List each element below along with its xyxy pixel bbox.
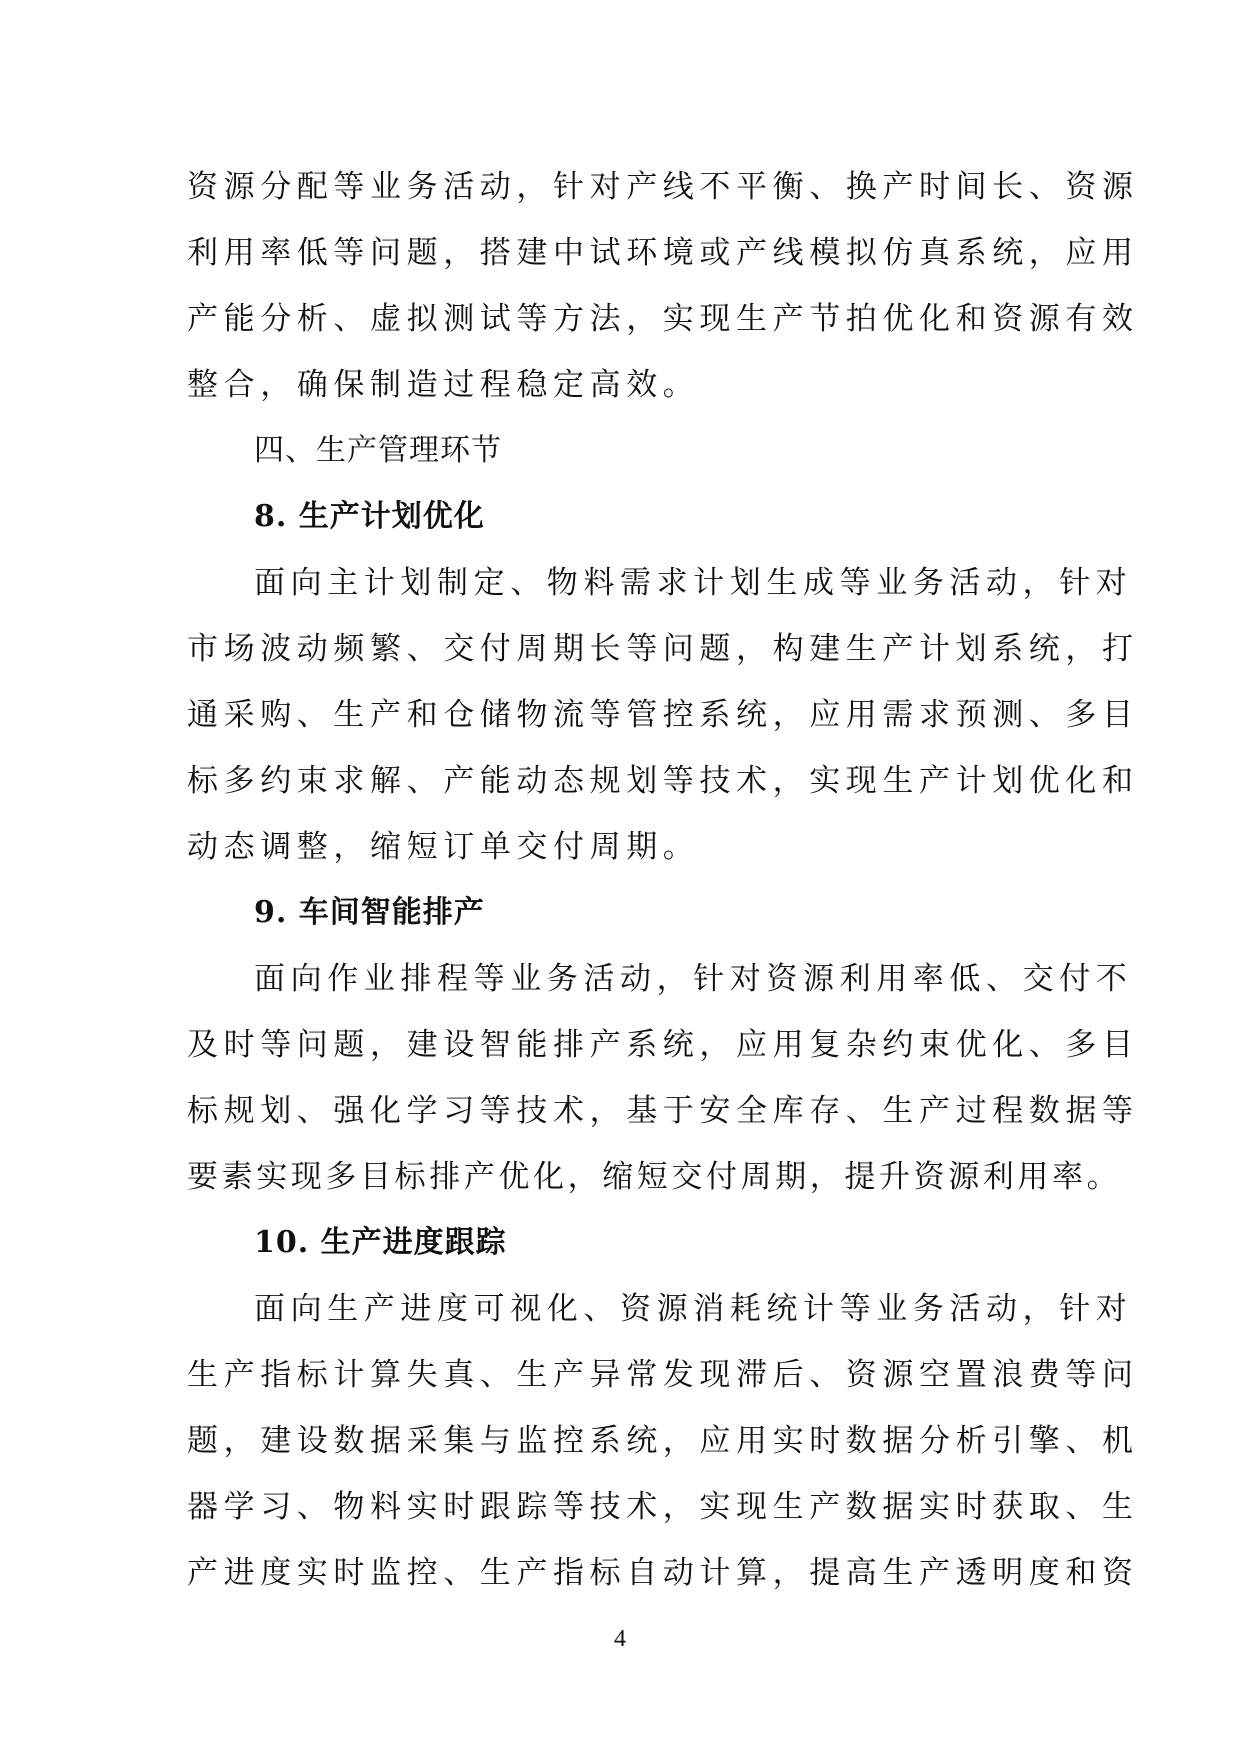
- paragraph-line: 利用率低等问题，搭建中试环境或产线模拟仿真系统，应用: [187, 233, 1057, 273]
- paragraph-line: 标多约束求解、产能动态规划等技术，实现生产计划优化和: [187, 761, 1057, 801]
- document-page: 资源分配等业务活动，针对产线不平衡、换产时间长、资源 利用率低等问题，搭建中试环…: [0, 0, 1240, 1753]
- paragraph-line: 标规划、强化学习等技术，基于安全库存、生产过程数据等: [187, 1091, 1057, 1131]
- paragraph-line: 市场波动频繁、交付周期长等问题，构建生产计划系统，打: [187, 629, 1057, 669]
- paragraph-line: 生产指标计算失真、生产异常发现滞后、资源空置浪费等问: [187, 1355, 1057, 1395]
- paragraph-line: 要素实现多目标排产优化，缩短交付周期，提升资源利用率。: [187, 1157, 1057, 1197]
- subheading-progress-tracking: 10. 生产进度跟踪: [254, 1223, 1124, 1263]
- section-heading: 四、生产管理环节: [254, 431, 1124, 471]
- subheading-production-plan: 8. 生产计划优化: [254, 497, 1124, 537]
- paragraph-line: 通采购、生产和仓储物流等管控系统，应用需求预测、多目: [187, 695, 1057, 735]
- paragraph-line: 产进度实时监控、生产指标自动计算，提高生产透明度和资: [187, 1553, 1057, 1593]
- paragraph-line: 面向作业排程等业务活动，针对资源利用率低、交付不: [254, 959, 1124, 999]
- paragraph-line: 器学习、物料实时跟踪等技术，实现生产数据实时获取、生: [187, 1487, 1057, 1527]
- paragraph-line: 面向生产进度可视化、资源消耗统计等业务活动，针对: [254, 1289, 1124, 1329]
- paragraph-line: 资源分配等业务活动，针对产线不平衡、换产时间长、资源: [187, 167, 1057, 207]
- paragraph-line: 题，建设数据采集与监控系统，应用实时数据分析引擎、机: [187, 1421, 1057, 1461]
- paragraph-line: 整合，确保制造过程稳定高效。: [187, 365, 1057, 405]
- paragraph-line: 及时等问题，建设智能排产系统，应用复杂约束优化、多目: [187, 1025, 1057, 1065]
- paragraph-line: 面向主计划制定、物料需求计划生成等业务活动，针对: [254, 563, 1124, 603]
- paragraph-line: 产能分析、虚拟测试等方法，实现生产节拍优化和资源有效: [187, 299, 1057, 339]
- subheading-workshop-scheduling: 9. 车间智能排产: [254, 893, 1124, 933]
- paragraph-line: 动态调整，缩短订单交付周期。: [187, 827, 1057, 867]
- page-number: 4: [0, 1626, 1240, 1653]
